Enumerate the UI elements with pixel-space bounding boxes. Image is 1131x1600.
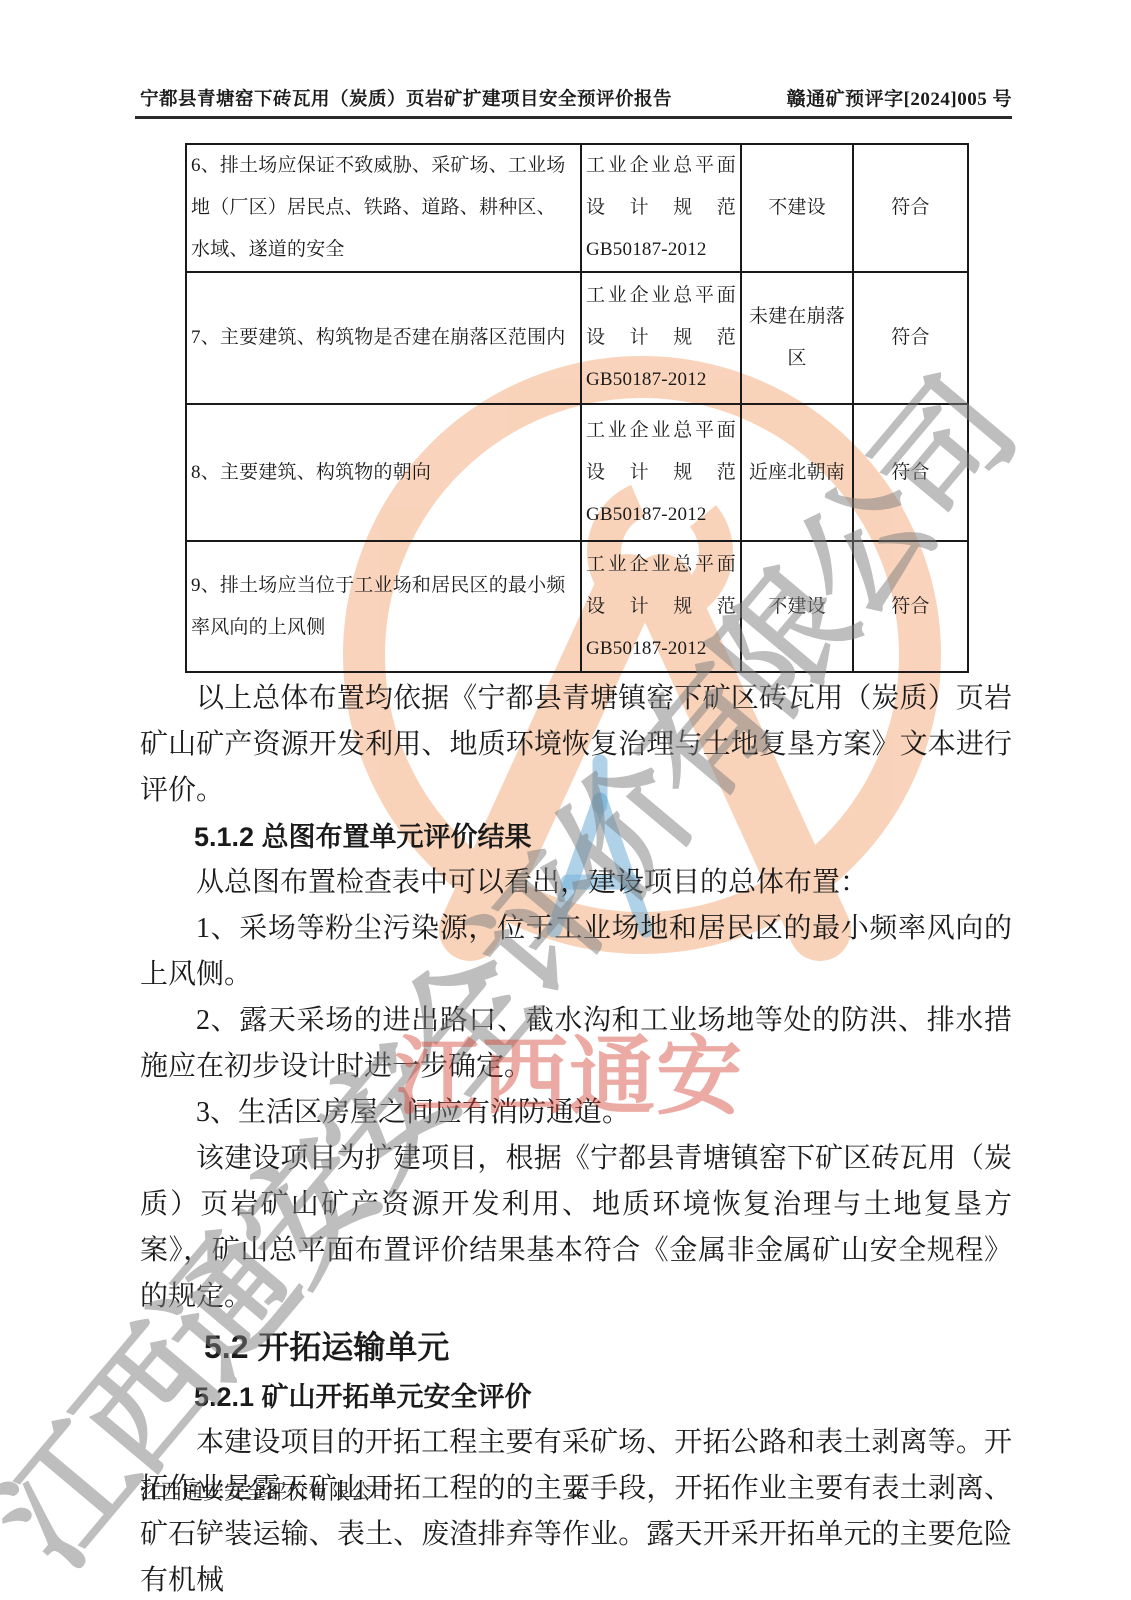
standard-cell: 工业企业总平面 设计规范 GB50187-2012	[581, 144, 741, 272]
result-cell: 符合	[853, 272, 968, 404]
footer-page-number: 46	[140, 1479, 1012, 1509]
header-divider	[135, 116, 1012, 119]
standard-line: GB50187-2012	[586, 229, 736, 271]
standard-line: 工业企业总平面	[586, 145, 736, 187]
check-item-text: 9、排土场应当位于工业场和居民区的最小频率风向的上风侧	[191, 565, 576, 649]
standard-line: 工业企业总平面	[586, 410, 736, 452]
actual-situation-cell: 近座北朝南	[741, 404, 853, 541]
heading-5-1-2: 5.1.2 总图布置单元评价结果	[140, 814, 1012, 860]
page-content: 宁都县青塘窑下砖瓦用（炭质）页岩矿扩建项目安全预评价报告 赣通矿预评字[2024…	[0, 0, 1131, 1600]
body-text-block: 以上总体布置均依据《宁都县青塘镇窑下矿区砖瓦用（炭质）页岩矿山矿产资源开发利用、…	[140, 676, 1012, 1600]
table-row: 9、排土场应当位于工业场和居民区的最小频率风向的上风侧 工业企业总平面 设计规范…	[186, 541, 968, 672]
layout-checklist-table: 6、排土场应保证不致威胁、采矿场、工业场地（厂区）居民点、铁路、道路、耕种区、水…	[185, 143, 969, 673]
header-report-title: 宁都县青塘窑下砖瓦用（炭质）页岩矿扩建项目安全预评价报告	[140, 85, 672, 111]
paragraph-conclusion: 以上总体布置均依据《宁都县青塘镇窑下矿区砖瓦用（炭质）页岩矿山矿产资源开发利用、…	[140, 676, 1012, 814]
page-header: 宁都县青塘窑下砖瓦用（炭质）页岩矿扩建项目安全预评价报告 赣通矿预评字[2024…	[140, 84, 1012, 111]
heading-5-2-1: 5.2.1 矿山开拓单元安全评价	[140, 1374, 1012, 1420]
actual-situation-cell: 未建在崩落区	[741, 272, 853, 404]
result-cell: 符合	[853, 404, 968, 541]
heading-5-2: 5.2 开拓运输单元	[140, 1320, 1012, 1374]
check-item-text: 6、排土场应保证不致威胁、采矿场、工业场地（厂区）居民点、铁路、道路、耕种区、水…	[191, 145, 576, 271]
paragraph-kaituo: 本建设项目的开拓工程主要有采矿场、开拓公路和表土剥离等。开拓作业是露天矿山开拓工…	[140, 1420, 1012, 1600]
document-page: { "header": { "report_title": "宁都县青塘窑下砖瓦…	[0, 0, 1131, 1600]
standard-line: GB50187-2012	[586, 359, 736, 401]
standard-cell: 工业企业总平面 设计规范 GB50187-2012	[581, 272, 741, 404]
standard-line: 设计规范	[586, 317, 736, 359]
standard-line: 设计规范	[586, 187, 736, 229]
standard-line: 工业企业总平面	[586, 275, 736, 317]
paragraph-intro: 从总图布置检查表中可以看出，建设项目的总体布置：	[140, 860, 1012, 906]
table-row: 8、主要建筑、构筑物的朝向 工业企业总平面 设计规范 GB50187-2012 …	[186, 404, 968, 541]
table-row: 6、排土场应保证不致威胁、采矿场、工业场地（厂区）居民点、铁路、道路、耕种区、水…	[186, 144, 968, 272]
standard-line: 设计规范	[586, 586, 736, 628]
actual-situation-cell: 不建设	[741, 541, 853, 672]
paragraph-point-3: 3、生活区房屋之间应有消防通道。	[140, 1090, 1012, 1136]
table-row: 7、主要建筑、构筑物是否建在崩落区范围内 工业企业总平面 设计规范 GB5018…	[186, 272, 968, 404]
check-item-text: 8、主要建筑、构筑物的朝向	[191, 452, 576, 494]
paragraph-basis: 该建设项目为扩建项目，根据《宁都县青塘镇窑下矿区砖瓦用（炭质）页岩矿山矿产资源开…	[140, 1136, 1012, 1320]
paragraph-point-2: 2、露天采场的进出路口、截水沟和工业场地等处的防洪、排水措施应在初步设计时进一步…	[140, 998, 1012, 1090]
standard-line: GB50187-2012	[586, 494, 736, 536]
paragraph-point-1: 1、采场等粉尘污染源，位于工业场地和居民区的最小频率风向的上风侧。	[140, 906, 1012, 998]
standard-line: 工业企业总平面	[586, 544, 736, 586]
standard-cell: 工业企业总平面 设计规范 GB50187-2012	[581, 404, 741, 541]
result-cell: 符合	[853, 144, 968, 272]
standard-cell: 工业企业总平面 设计规范 GB50187-2012	[581, 541, 741, 672]
actual-situation-cell: 不建设	[741, 144, 853, 272]
check-item-text: 7、主要建筑、构筑物是否建在崩落区范围内	[191, 317, 576, 359]
standard-line: 设计规范	[586, 452, 736, 494]
result-cell: 符合	[853, 541, 968, 672]
standard-line: GB50187-2012	[586, 628, 736, 670]
header-doc-number: 赣通矿预评字[2024]005 号	[787, 84, 1012, 111]
page-footer: 江西通安安全评价有限公司 46	[140, 1477, 1012, 1509]
